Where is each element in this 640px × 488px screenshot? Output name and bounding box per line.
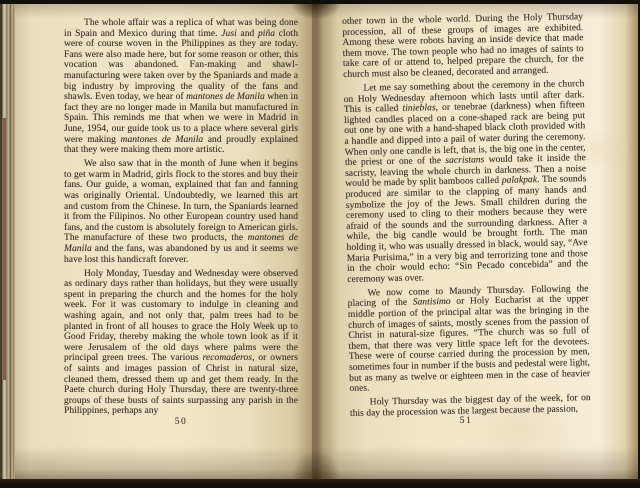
paragraph: We also saw that in the month of June wh… [64, 159, 298, 265]
paragraph: The whole affair was a replica of what w… [64, 18, 298, 156]
paragraph: Let me say something about the ceremony … [343, 79, 588, 285]
paragraph: We now come to Maundy Thursday. Followin… [347, 284, 590, 395]
page-number-right: 51 [342, 416, 590, 426]
italic-text-segment: mantones de Manila [186, 92, 265, 102]
italic-text-segment: tinieblas [402, 103, 435, 114]
text-segment: and [237, 29, 258, 39]
italic-text-segment: Santisimo [413, 297, 451, 308]
book-cover-edge-stripe [3, 118, 6, 380]
text-segment: We also saw that in the month of June wh… [64, 159, 298, 243]
text-segment: other town in the whole world. During th… [342, 12, 584, 80]
left-page-text: The whole affair was a replica of what w… [64, 18, 298, 420]
text-segment: Holy Monday, Tuesday and Wednesday were … [64, 269, 298, 364]
text-segment: Holy Thursday was the biggest day of the… [350, 393, 591, 418]
italic-text-segment: Jusi [221, 29, 237, 39]
text-segment: or Holy Eucharist at the upper middle po… [348, 295, 590, 395]
italic-text-segment: mantones de Manila [121, 135, 204, 145]
book-scan: The whole affair was a replica of what w… [0, 0, 640, 488]
text-segment: and the fans, was abandoned by us and it… [64, 244, 298, 265]
italic-text-segment: piña [258, 29, 275, 39]
paragraph: other town in the whole world. During th… [342, 12, 584, 80]
book-edge-top [0, 0, 640, 4]
right-page-text: other town in the whole world. During th… [342, 12, 591, 423]
text-segment: . The sounds produced are similar to the… [345, 175, 588, 285]
italic-text-segment: palakpak [502, 176, 537, 187]
page-number-left: 50 [64, 417, 298, 427]
book-edge-bottom [0, 479, 640, 488]
italic-text-segment: sacristans [445, 155, 484, 166]
italic-text-segment: recomaderos [203, 353, 252, 363]
paragraph: Holy Monday, Tuesday and Wednesday were … [64, 269, 298, 417]
